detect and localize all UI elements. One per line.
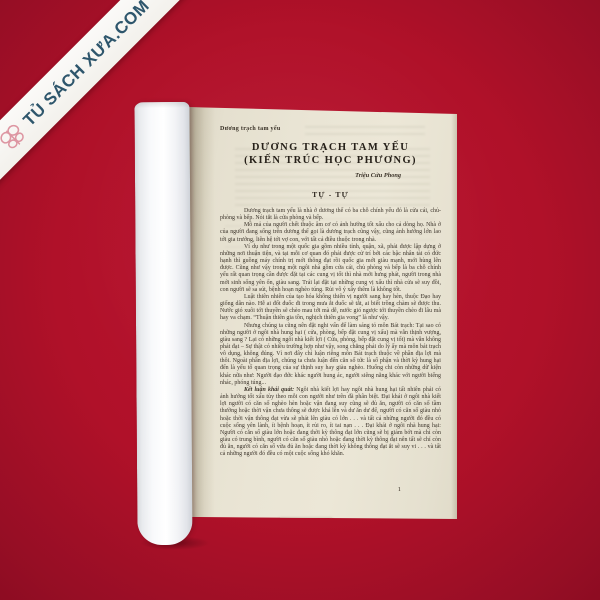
author-name: Triệu Cửu Phong	[220, 172, 401, 179]
paragraph-text: Ngôi nhà kiết lợi hay ngôi nhà hung hại …	[220, 387, 441, 457]
butterfly-icon	[0, 120, 30, 155]
paragraph-text: Mồ mả của người chết thuộc âm cơ có ảnh …	[220, 222, 441, 242]
paragraph-text: Dương trạch tam yếu là nhà ở dương thế c…	[220, 208, 441, 221]
running-head: Dương trạch tam yếu	[220, 126, 280, 132]
paragraph: Dương trạch tam yếu là nhà ở dương thế c…	[220, 208, 441, 222]
paragraph: Kết luận khái quát: Ngôi nhà kiết lợi ha…	[220, 387, 441, 459]
paragraph-text: Ví dụ như trong một quốc gia gồm nhiều t…	[220, 244, 441, 293]
rolled-page	[134, 102, 192, 545]
paragraph: Nhưng chúng ta cũng nên đặt nghi vấn để …	[220, 323, 441, 387]
page-number: 1	[398, 486, 401, 493]
paragraph-text: Nhưng chúng ta cũng nên đặt nghi vấn để …	[220, 323, 441, 386]
body-text: Dương trạch tam yếu là nhà ở dương thế c…	[220, 208, 441, 458]
book-photo: Dương trạch tam yếu DƯƠNG TRẠCH TAM YẾU …	[0, 0, 600, 600]
paragraph-lead: Kết luận khái quát:	[244, 387, 294, 393]
paragraph: Luật thiên nhiên của tạo hóa không thiên…	[220, 294, 441, 323]
title-line-2: (KIẾN TRÚC HỌC PHƯƠNG)	[220, 155, 441, 168]
page-edge	[451, 106, 457, 519]
page-content: Dương trạch tam yếu DƯƠNG TRẠCH TAM YẾU …	[220, 106, 441, 519]
chapter-title: DƯƠNG TRẠCH TAM YẾU (KIẾN TRÚC HỌC PHƯƠN…	[220, 142, 441, 167]
paragraph: Mồ mả của người chết thuộc âm cơ có ảnh …	[220, 222, 441, 243]
title-line-1: DƯƠNG TRẠCH TAM YẾU	[220, 142, 441, 155]
section-heading: TỰ - TỰ	[220, 190, 441, 199]
undersheet-edge	[280, 517, 332, 522]
book-page: Dương trạch tam yếu DƯƠNG TRẠCH TAM YẾU …	[185, 106, 457, 519]
paragraph: Ví dụ như trong một quốc gia gồm nhiều t…	[220, 244, 441, 294]
paragraph-text: Luật thiên nhiên của tạo hóa không thiên…	[220, 294, 441, 321]
